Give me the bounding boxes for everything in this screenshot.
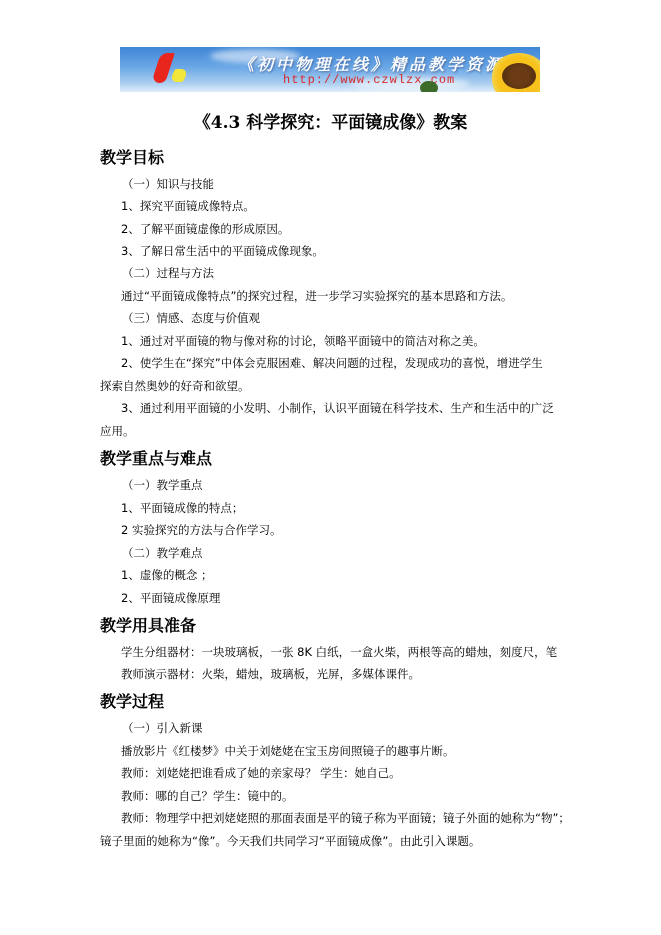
- dialogue-line: 教师：刘姥姥把谁看成了她的亲家母？ 学生：她自己。: [121, 766, 401, 780]
- list-item: 1、平面镜成像的特点；: [121, 501, 243, 515]
- list-item: 2、了解平面镜虚像的形成原因。: [121, 222, 289, 236]
- list-item-continuation: 探索自然奥妙的好奇和欲望。: [100, 379, 250, 393]
- paragraph: 播放影片《红楼梦》中关于刘姥姥在宝玉房间照镜子的趣事片断。: [121, 744, 455, 758]
- section-heading-objectives: 教学目标: [100, 145, 164, 168]
- list-item: 1、探究平面镜成像特点。: [121, 199, 255, 213]
- section-heading-process: 教学过程: [100, 689, 164, 712]
- dialogue-line: 教师：物理学中把刘姥姥照的那面表面是平的镜子称为平面镜；镜子外面的她称为“物”；: [121, 811, 570, 825]
- subheading: （一）引入新课: [122, 721, 203, 735]
- sunflower-icon: [490, 53, 540, 92]
- leaf-decoration: [420, 81, 438, 92]
- paragraph: 通过“平面镜成像特点”的探究过程，进一步学习实验探究的基本思路和方法。: [121, 289, 512, 303]
- list-item: 3、通过利用平面镜的小发明、小制作，认识平面镜在科学技术、生产和生活中的广泛: [121, 401, 554, 415]
- list-item: 3、了解日常生活中的平面镜成像现象。: [121, 244, 324, 258]
- list-item: 1、通过对平面镜的物与像对称的讨论，领略平面镜中的简洁对称之美。: [121, 334, 485, 348]
- subheading: （一）知识与技能: [122, 177, 214, 191]
- list-item-continuation: 应用。: [100, 424, 135, 438]
- banner-title: 《初中物理在线》精品教学资源库: [238, 52, 523, 75]
- dialogue-line: 教师：哪的自己？学生：镜中的。: [121, 789, 294, 803]
- list-item: 2 实验探究的方法与合作学习。: [121, 523, 281, 537]
- list-item: 2、使学生在“探究”中体会克服困难、解决问题的过程，发现成功的喜悦，增进学生: [121, 356, 543, 370]
- subheading: （二）教学难点: [122, 546, 203, 560]
- site-banner: 《初中物理在线》精品教学资源库 http://www.czwlzx.com: [120, 47, 540, 92]
- section-heading-materials: 教学用具准备: [100, 613, 196, 636]
- list-item: 1、虚像的概念 ；: [121, 568, 212, 582]
- dialogue-line-continuation: 镜子里面的她称为“像”。今天我们共同学习“平面镜成像”。由此引入课题。: [100, 834, 480, 848]
- list-item: 2、平面镜成像原理: [121, 591, 220, 605]
- subheading: （二）过程与方法: [122, 266, 214, 280]
- subheading: （一）教学重点: [122, 478, 203, 492]
- logo-yellow-mark-icon: [169, 69, 189, 82]
- paragraph: 教师演示器材：火柴，蜡烛，玻璃板，光屏，多媒体课件。: [121, 667, 420, 681]
- section-heading-key-points: 教学重点与难点: [100, 446, 212, 469]
- paragraph: 学生分组器材：一块玻璃板，一张 8K 白纸，一盒火柴，两根等高的蜡烛，刻度尺，笔: [121, 645, 557, 659]
- document-title: 《4.3 科学探究：平面镜成像》教案: [0, 108, 661, 133]
- subheading: （三）情感、态度与价值观: [122, 311, 260, 325]
